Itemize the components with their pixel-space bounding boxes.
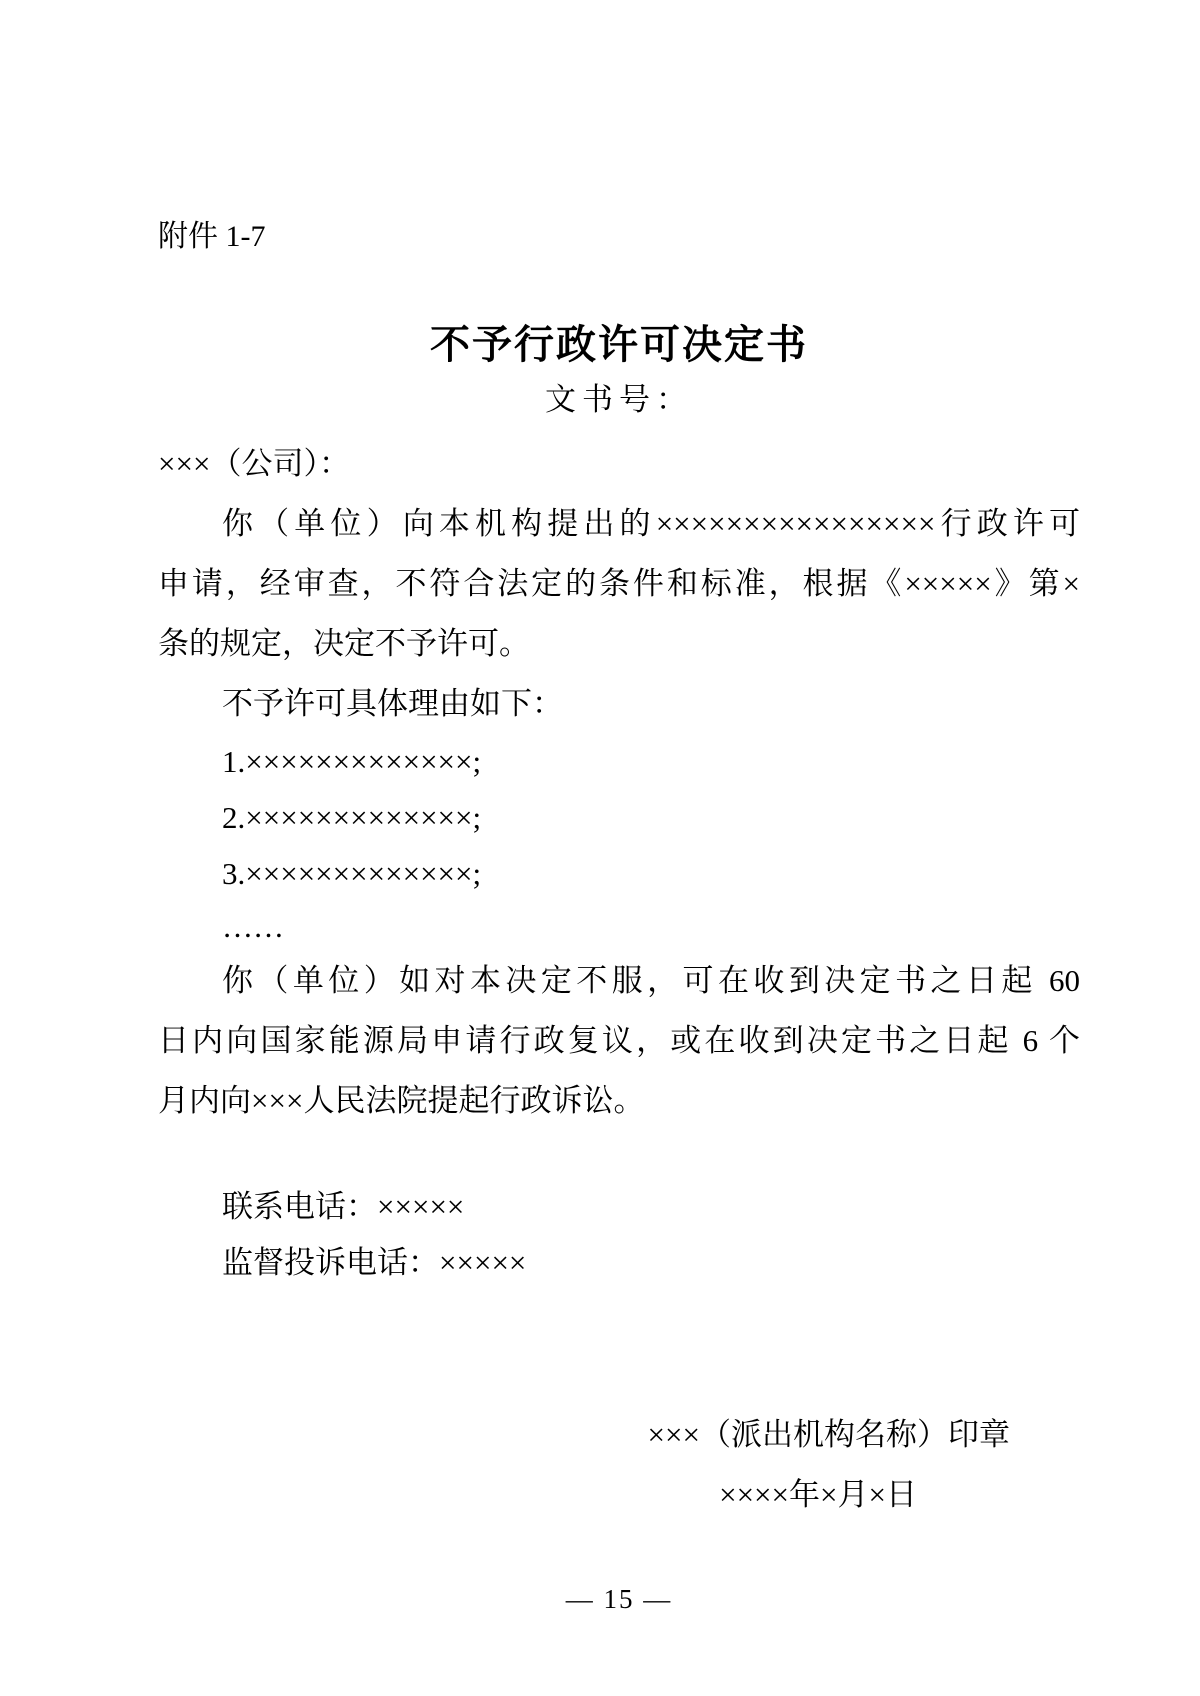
signature-date-line: ××××年×月×日 bbox=[158, 1465, 1080, 1525]
reason-item-2: 2.×××××××××××××; bbox=[158, 790, 1080, 846]
paragraph1-line2: 申请，经审查，不符合法定的条件和标准，根据《×××××》第× bbox=[158, 554, 1080, 614]
paragraph-application-result: 你（单位）向本机构提出的××××××××××××××××行政许可 申请，经审查，… bbox=[158, 494, 1080, 674]
page-number: — 15 — bbox=[158, 1569, 1080, 1629]
paragraph1-line3: 条的规定，决定不予许可。 bbox=[158, 614, 1080, 674]
paragraph2-line3: 月内向×××人民法院提起行政诉讼。 bbox=[158, 1071, 1080, 1131]
paragraph1-line1: 你（单位）向本机构提出的××××××××××××××××行政许可 bbox=[158, 494, 1080, 554]
paragraph2-line1: 你（单位）如对本决定不服，可在收到决定书之日起 60 bbox=[158, 951, 1080, 1011]
reasons-heading: 不予许可具体理由如下： bbox=[158, 674, 1080, 734]
issuer-seal-line: ×××（派出机构名称）印章 bbox=[158, 1405, 1080, 1465]
reasons-ellipsis: …… bbox=[158, 902, 1080, 951]
reasons-list: 1.×××××××××××××; 2.×××××××××××××; 3.××××… bbox=[158, 734, 1080, 951]
document-title: 不予行政许可决定书 bbox=[158, 320, 1080, 370]
paragraph2-line2: 日内向国家能源局申请行政复议，或在收到决定书之日起 6 个 bbox=[158, 1011, 1080, 1071]
reason-item-1: 1.×××××××××××××; bbox=[158, 734, 1080, 790]
doc-number-label: 文书号： bbox=[158, 370, 1080, 430]
salutation: ×××（公司）： bbox=[158, 434, 1080, 494]
document-page: 附件 1-7 不予行政许可决定书 文书号： ×××（公司）： 你（单位）向本机构… bbox=[0, 0, 1200, 1696]
paragraph-appeal-rights: 你（单位）如对本决定不服，可在收到决定书之日起 60 日内向国家能源局申请行政复… bbox=[158, 951, 1080, 1131]
supervision-phone-line: 监督投诉电话：××××× bbox=[158, 1235, 1080, 1291]
reason-item-3: 3.×××××××××××××; bbox=[158, 846, 1080, 902]
attachment-label: 附件 1-7 bbox=[158, 0, 1080, 267]
contact-phone-line: 联系电话：××××× bbox=[158, 1179, 1080, 1235]
